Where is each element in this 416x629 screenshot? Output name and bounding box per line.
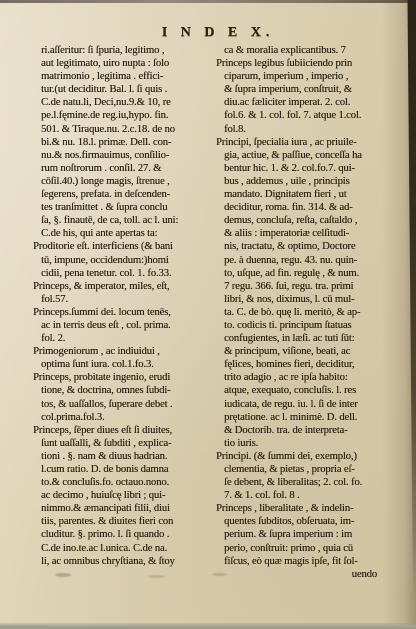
right-text-column: ca & moralia explicantibus. 7Princeps le…	[216, 44, 403, 581]
text-line: nis, tractatu, & optimo, Doctore	[216, 240, 403, 253]
text-line: ca & moralia explicantibus. 7	[216, 44, 403, 57]
text-line: Proditorie eſt. interficiens (& bani	[33, 240, 217, 253]
text-line: libri, & nos, diximus, l. cū mul-	[216, 293, 403, 306]
text-line: li, ac omnibus chryſtiana, & ſtoy	[33, 555, 217, 568]
text-line: diu.ac fæliciter imperat. 2. col.	[216, 96, 403, 109]
text-line: prętatione. ac l. minimè. D. dell.	[216, 411, 403, 424]
text-line: fol.57.	[33, 293, 217, 306]
text-line: fol. 2.	[33, 332, 217, 345]
text-line: pe.l.fęmine.de reg.iu,hypo. fin.	[33, 109, 217, 122]
text-line: & aliis : imperatoriæ celſitudi-	[216, 227, 403, 240]
text-line: tur.(ut deciditur. Bal. l. ſi quis .	[33, 83, 217, 96]
text-line: optima ſunt iura. col.1.fo.3.	[33, 358, 217, 371]
text-line: & principum, viſione, beati, ac	[216, 345, 403, 358]
text-line: tioni . §. nam & diuus hadrian.	[33, 450, 217, 463]
text-line: Princeps, ſēper diues eſt ſi diuites,	[33, 424, 217, 437]
ink-smudge	[148, 575, 165, 578]
text-line: bus , addemus , uile , principis	[216, 175, 403, 188]
text-line: ac in terris deus eſt , col. prima.	[33, 319, 217, 332]
text-line: 7 regu. 366. ſui, regu. tra. primi	[216, 280, 403, 293]
text-line: col.prima.fol.3.	[33, 411, 217, 424]
text-line: tos, & uaſſallos, ſuperare debet .	[33, 398, 217, 411]
text-line: tū, impune, occidendum:)homi	[33, 254, 217, 267]
text-line: tiis, parentes. & diuites fieri con	[33, 515, 217, 528]
text-line: Principi, ſpecialia iura , ac priuile-	[216, 136, 403, 149]
text-line: ri.aſſeritur: ſi ſpuria, legitimo ,	[33, 44, 217, 57]
text-line: Princeps , liberalitate , & indelin-	[216, 502, 403, 515]
text-line: to, uſque, ad fin. regulę , & num.	[216, 267, 403, 280]
text-line: ac decimo , huiuſcę libri ; qui-	[33, 489, 217, 502]
page-bottom-edge	[0, 623, 416, 629]
text-line: ſe debent, & liberalitas; 2. col. fo.	[216, 476, 403, 489]
text-line: nu.& nos.firmauimus, conſilio-	[33, 149, 217, 162]
text-line: bi.& nu. 18.l. primæ. Dell. con-	[33, 136, 217, 149]
text-line: ſegerens, prefata. in deſcenden-	[33, 188, 217, 201]
text-line: Princeps.ſummi dei. locum tenēs,	[33, 306, 217, 319]
text-line: perio, conſtruit: primo , quia cū	[216, 542, 403, 555]
text-line: Principi. (& ſummi dei, exemplo,)	[216, 450, 403, 463]
text-line: cidii, pena tenetur. col. 1. fo.33.	[33, 267, 217, 280]
text-line: C.de ino.te.ac l.unica. C.de na.	[33, 542, 217, 555]
text-line: quentes ſubditos, obſeruata, im-	[216, 515, 403, 528]
text-line: 7. & 1. col. fol. 8 .	[216, 489, 403, 502]
text-line: fiſcus, eò quæ magis ipſe, fit ſol-	[216, 555, 403, 568]
catchword: uendo	[216, 568, 403, 581]
text-line: fęlices, homines fieri, deciditur,	[216, 358, 403, 371]
text-line: ta. C. de bò. quę li. meritò, & ap-	[216, 306, 403, 319]
text-block: ri.aſſeritur: ſi ſpuria, legitimo ,aut l…	[33, 44, 403, 589]
text-line: ſunt uaſſalli, & ſubditi , explica-	[33, 437, 217, 450]
text-line: demus, concluſa, reſta, caſtaldo ,	[216, 214, 403, 227]
text-line: gia, actiue, & paſſiue, conceſſa ha	[216, 149, 403, 162]
text-line: & Doctorib. tra. de interpreta-	[216, 424, 403, 437]
text-line: iudicata, de regu. iu. l. ſi de inter	[216, 398, 403, 411]
text-line: to.& concluſis.fo. octauo.nono.	[33, 476, 217, 489]
left-text-column: ri.aſſeritur: ſi ſpuria, legitimo ,aut l…	[33, 44, 217, 568]
text-line: l.cum ratio. D. de bonis damna	[33, 463, 217, 476]
text-line: pe. à duenna, regu. 43. nu. quin-	[216, 254, 403, 267]
ink-smudge	[55, 573, 71, 577]
text-line: 501. & Tiraque.nu. 2.c.18. de no	[33, 123, 217, 136]
text-line: Princeps legibus ſubiiciendo prin	[216, 57, 403, 70]
text-line: tes tranſmittet . & ſupra conclu	[33, 201, 217, 214]
text-line: Princeps, & imperator, miles, eſt,	[33, 280, 217, 293]
text-line: trito adagio , ac re ipſa habito:	[216, 371, 403, 384]
text-line: ſa, §. finautē, de ca, toll. ac l. uni:	[33, 214, 217, 227]
text-line: Princeps, probitate ingenio, erudi	[33, 371, 217, 384]
text-line: to. codicis ti. principum ſtatuas	[216, 319, 403, 332]
ink-smudge	[212, 573, 227, 576]
text-line: clementia, & pietas , propria eſ-	[216, 463, 403, 476]
text-line: aut legitimato, uiro nupta : ſolo	[33, 57, 217, 70]
text-line: Primogeniorum , ac indiuidui ,	[33, 345, 217, 358]
text-line: & ſupra imperium, conſtruit, &	[216, 83, 403, 96]
text-line: ciparum, imperium , imperio ,	[216, 70, 403, 83]
text-line: deciditur, roma. fin. 314. & ad-	[216, 201, 403, 214]
text-line: perium. & ſupra imperium : im	[216, 528, 403, 541]
text-line: tio iuris.	[216, 437, 403, 450]
text-line: matrimonio , legitima . effici-	[33, 70, 217, 83]
text-line: confugientes, in læſi. ac tuti ſūt:	[216, 332, 403, 345]
text-line: mandato. Dignitatem fieri , ut	[216, 188, 403, 201]
text-line: nimmo.& æmancipati filii, diui	[33, 502, 217, 515]
text-line: bentur hic. 1. & 2. col.fo.7. qui-	[216, 162, 403, 175]
text-line: fol.8.	[216, 123, 403, 136]
text-line: atque, exequato, concluſis. l. res	[216, 384, 403, 397]
text-line: fol.6. & 1. col. fol. 7. atque 1.col.	[216, 109, 403, 122]
text-line: cōſil.40.) longe magis, ſtrenue ,	[33, 175, 217, 188]
text-line: cluditur. §. primo. l. ſi quando .	[33, 528, 217, 541]
text-line: tione, & doctrina, omnes ſubdi-	[33, 384, 217, 397]
book-page-scan: I N D E X. ri.aſſeritur: ſi ſpuria, legi…	[0, 0, 416, 629]
page-title: I N D E X.	[33, 25, 403, 41]
text-line: C.de natu.li, Deci,nu.9.& 10, re	[33, 96, 217, 109]
page-top-edge	[0, 0, 416, 3]
text-line: rum noſtrorum . conſil. 27. &	[33, 162, 217, 175]
text-line: C.de his, qui ante apertas ta:	[33, 227, 217, 240]
